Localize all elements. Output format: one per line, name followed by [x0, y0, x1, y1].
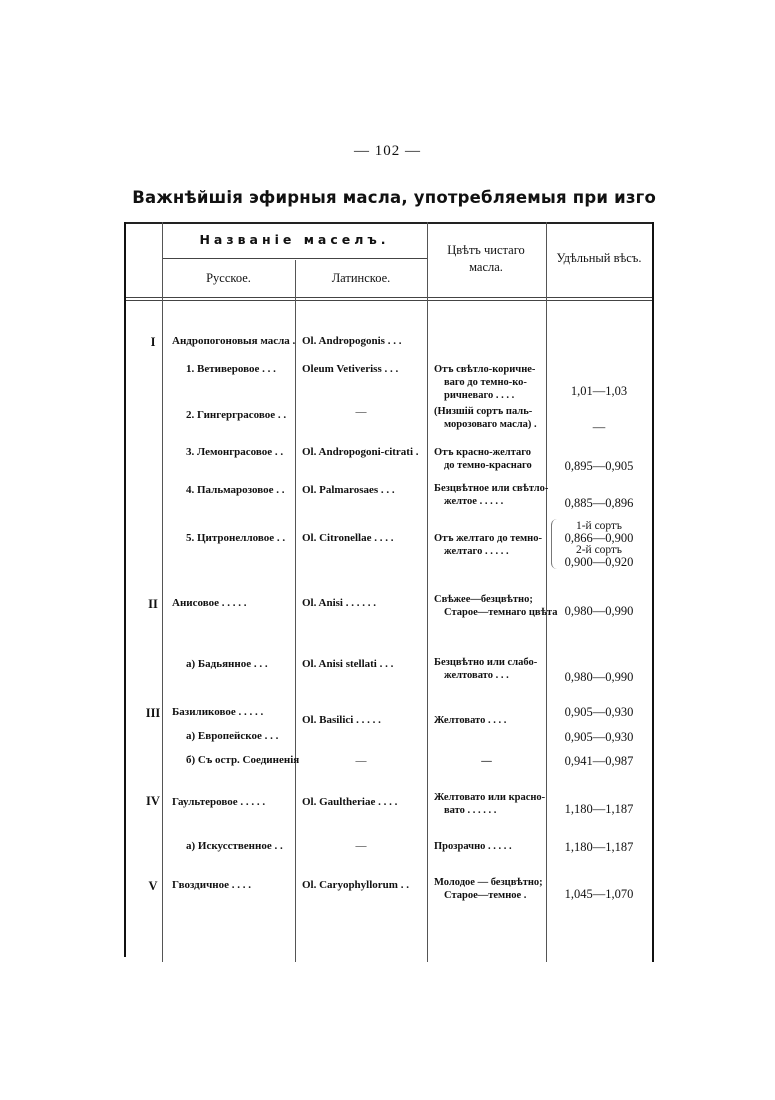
oil-color: Желтовато . . . . [434, 714, 506, 727]
subheader-divider [162, 258, 427, 259]
russian-name: Андропогоновыя масла . [172, 335, 295, 348]
specific-weight: 0,980—0,990 [546, 670, 652, 684]
table-right-border [652, 222, 654, 962]
latin-name: Ol. Andropogonis . . . [302, 335, 401, 348]
latin-name: Ol. Anisi stellati . . . [302, 658, 393, 671]
latin-name: Ol. Caryophyllorum . . [302, 879, 409, 892]
russian-name: Гвоздичное . . . . [172, 879, 251, 892]
latin-name: Ol. Andropogoni-citrati . [302, 446, 419, 459]
specific-weight: — [546, 420, 652, 434]
latin-name: Oleum Vetiveriss . . . [302, 363, 398, 376]
oil-color: Отъ желтаго до темно-желтаго . . . . . [434, 532, 542, 558]
specific-weight: 1,01—1,03 [546, 384, 652, 398]
page-number: — 102 — [0, 143, 775, 160]
specific-weight: 1,045—1,070 [546, 887, 652, 901]
oil-color: Желтовато или красно-вато . . . . . . [434, 791, 545, 817]
specific-weight: 1,180—1,187 [546, 840, 652, 854]
oil-color: Молодое — безцвѣтно;Старое—темное . [434, 876, 543, 902]
latin-name: Ol. Palmarosaes . . . [302, 484, 395, 497]
table-left-border [124, 222, 126, 957]
header-name-group: Названіе маселъ. [162, 231, 427, 248]
russian-name: 4. Пальмарозовое . . [186, 484, 285, 497]
oil-color: Отъ красно-желтагодо темно-краснаго [434, 446, 532, 472]
oil-color: Свѣжее—безцвѣтно;Старое—темнаго цвѣта [434, 593, 557, 619]
specific-weight: 0,885—0,896 [546, 496, 652, 510]
header-latin: Латинское. [295, 270, 427, 287]
header-bottom-line-1 [124, 297, 654, 298]
group-number: III [134, 706, 172, 721]
oil-color: (Низшій сортъ паль-морозоваго масла) . [434, 405, 537, 431]
page-title: Важнѣйшія эфирныя масла, употребляемыя п… [124, 188, 656, 207]
specific-weight: 0,905—0,930 [546, 730, 652, 744]
russian-name: 2. Гингергрaсовое . . [186, 409, 286, 422]
header-bottom-line-2 [124, 300, 654, 301]
header-color: Цвѣтъ чистаго масла. [440, 242, 532, 276]
oil-color: Безцвѣтно или слабо-желтовато . . . [434, 656, 537, 682]
latin-name: Ol. Basilici . . . . . [302, 714, 381, 727]
russian-name: Анисовое . . . . . [172, 597, 246, 610]
russian-name: а) Бадьянное . . . [186, 658, 268, 671]
russian-name: Гаультеровое . . . . . [172, 796, 265, 809]
russian-name: 5. Цитронелловое . . [186, 532, 285, 545]
latin-name: Ol. Citronellae . . . . [302, 532, 393, 545]
latin-name: Ol. Anisi . . . . . . [302, 597, 376, 610]
grade-weight: 0,866—0,900 [546, 532, 652, 544]
oil-color: Безцвѣтное или свѣтло-желтое . . . . . [434, 482, 548, 508]
russian-name: а) Европейское . . . [186, 730, 278, 743]
latin-name: Ol. Gaultheriae . . . . [302, 796, 397, 809]
column-divider-1 [162, 222, 163, 962]
specific-weight: 1,180—1,187 [546, 802, 652, 816]
column-divider-3 [427, 222, 428, 962]
latin-name: — [295, 840, 427, 853]
group-number: I [134, 335, 172, 350]
group-number: V [134, 879, 172, 894]
specific-weight: 0,895—0,905 [546, 459, 652, 473]
specific-weight: 0,980—0,990 [546, 604, 652, 618]
header-russian: Русское. [162, 270, 295, 287]
russian-name: а) Искусственное . . [186, 840, 283, 853]
russian-name: Базиликовое . . . . . [172, 706, 263, 719]
group-number: II [134, 597, 172, 612]
column-divider-2 [295, 260, 296, 962]
header-weight: Удѣльный вѣсъ. [546, 250, 652, 267]
specific-weight: 0,905—0,930 [546, 705, 652, 719]
russian-name: 1. Ветиверовое . . . [186, 363, 276, 376]
grade-weight: 0,900—0,920 [546, 556, 652, 568]
table-top-border [124, 222, 654, 224]
group-number: IV [134, 794, 172, 809]
oil-color: Отъ свѣтло-коричне-ваго до темно-ко-ричн… [434, 363, 535, 402]
specific-weight: 0,941—0,987 [546, 754, 652, 768]
russian-name: б) Съ остр. Соединенія [186, 754, 299, 767]
latin-name: — [295, 406, 427, 419]
russian-name: 3. Лемонграсовое . . [186, 446, 283, 459]
oil-color: — [427, 755, 546, 768]
latin-name: — [295, 755, 427, 768]
oil-color: Прозрачно . . . . . [434, 840, 512, 853]
